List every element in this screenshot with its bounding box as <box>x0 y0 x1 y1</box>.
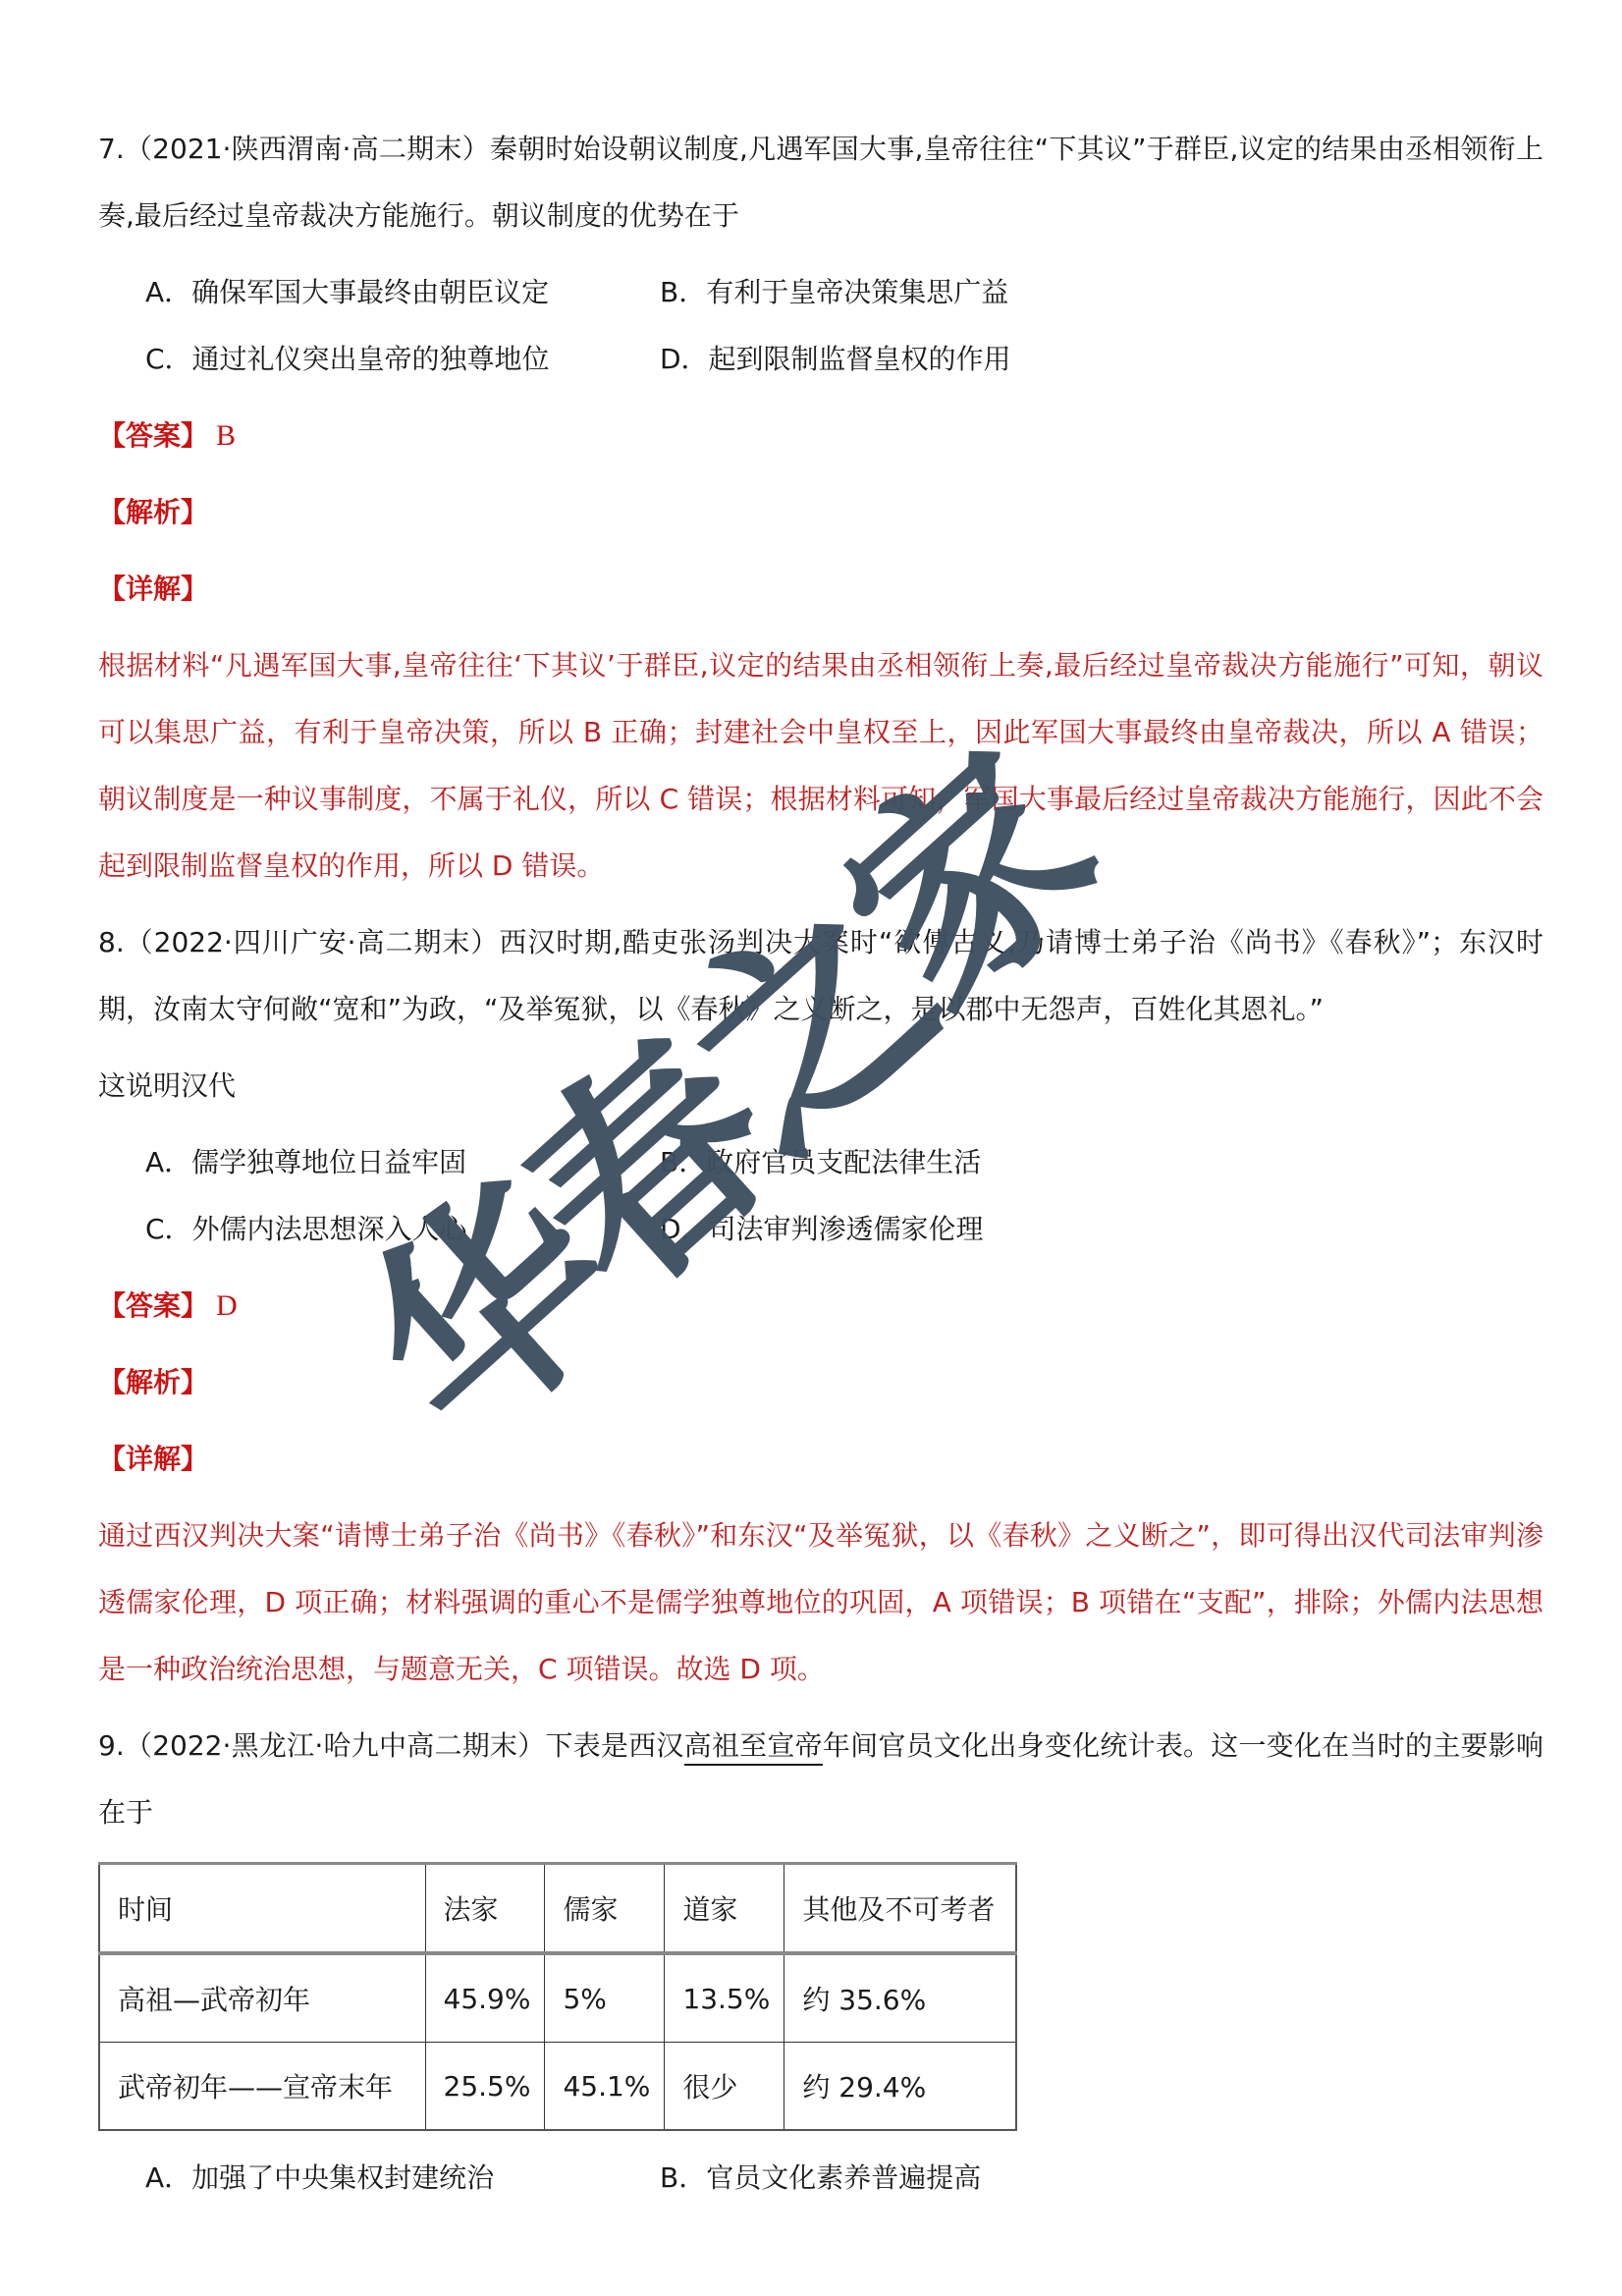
table-header-row: 时间 法家 儒家 道家 其他及不可考者 <box>99 1864 1016 1954</box>
table-row: 武帝初年——宣帝末年 25.5% 45.1% 很少 约 29.4% <box>99 2043 1016 2131</box>
question-7-explanation: 根据材料“凡遇军国大事,皇帝往往‘下其议’于群臣,议定的结果由丞相领衔上奏,最后… <box>98 632 1543 900</box>
analysis-marker: 【解析】 <box>98 1366 208 1398</box>
question-9: 9.（2022·黑龙江·哈九中高二期末）下表是西汉高祖至宣帝年间官员文化出身变化… <box>98 1713 1543 2212</box>
question-8-option-b: B．政府官员支配法律生活 <box>660 1129 1543 1196</box>
answer-marker: 【答案】 <box>98 419 208 452</box>
table-cell: 13.5% <box>665 1953 784 2043</box>
table-cell: 5% <box>545 1953 665 2043</box>
answer-value: B <box>216 419 236 452</box>
answer-marker: 【答案】 <box>98 1289 208 1322</box>
question-8-option-a: A．儒学独尊地位日益牢固 <box>145 1129 660 1196</box>
question-7: 7.（2021·陕西渭南·高二期末）秦朝时始设朝议制度,凡遇军国大事,皇帝往往“… <box>98 116 1543 900</box>
question-7-option-d: D．起到限制监督皇权的作用 <box>660 326 1543 393</box>
table-header-legalism: 法家 <box>425 1864 545 1954</box>
officials-background-table: 时间 法家 儒家 道家 其他及不可考者 高祖—武帝初年 45.9% 5% 13.… <box>98 1862 1017 2131</box>
detail-marker: 【详解】 <box>98 1443 208 1475</box>
exam-page: 7.（2021·陕西渭南·高二期末）秦朝时始设朝议制度,凡遇军国大事,皇帝往往“… <box>98 116 1543 2221</box>
question-8-stem-tail: 这说明汉代 <box>98 1053 1543 1120</box>
question-8-option-c: C．外儒内法思想深入人心 <box>145 1196 660 1263</box>
question-7-option-a: A．确保军国大事最终由朝臣议定 <box>145 259 660 326</box>
table-header-confucianism: 儒家 <box>545 1864 665 1954</box>
table-cell: 25.5% <box>425 2043 545 2131</box>
question-7-option-b: B．有利于皇帝决策集思广益 <box>660 259 1543 326</box>
question-9-stem-pre: 9.（2022·黑龙江·哈九中高二期末）下表是西汉 <box>98 1729 684 1762</box>
question-7-stem: 7.（2021·陕西渭南·高二期末）秦朝时始设朝议制度,凡遇军国大事,皇帝往往“… <box>98 116 1543 249</box>
table-header-daoism: 道家 <box>665 1864 784 1954</box>
table-header-other: 其他及不可考者 <box>784 1864 1016 1954</box>
table-cell: 45.1% <box>545 2043 665 2131</box>
detail-marker: 【详解】 <box>98 573 208 605</box>
table-header-time: 时间 <box>99 1864 425 1954</box>
question-7-option-c: C．通过礼仪突出皇帝的独尊地位 <box>145 326 660 393</box>
question-7-options: A．确保军国大事最终由朝臣议定 B．有利于皇帝决策集思广益 C．通过礼仪突出皇帝… <box>145 259 1543 393</box>
question-8-detail-line: 【详解】 <box>98 1426 1543 1493</box>
question-9-stem: 9.（2022·黑龙江·哈九中高二期末）下表是西汉高祖至宣帝年间官员文化出身变化… <box>98 1713 1543 1846</box>
table-cell: 高祖—武帝初年 <box>99 1953 425 2043</box>
question-8-option-d: D．司法审判渗透儒家伦理 <box>660 1196 1543 1263</box>
analysis-marker: 【解析】 <box>98 496 208 528</box>
question-8-analysis-line: 【解析】 <box>98 1349 1543 1416</box>
table-cell: 武帝初年——宣帝末年 <box>99 2043 425 2131</box>
question-9-option-a: A．加强了中央集权封建统治 <box>145 2145 660 2212</box>
table-cell: 约 29.4% <box>784 2043 1016 2131</box>
question-8-stem: 8.（2022·四川广安·高二期末）西汉时期,酷吏张汤判决大案时“欲傅古义,乃请… <box>98 909 1543 1043</box>
question-7-detail-line: 【详解】 <box>98 556 1543 623</box>
question-8-answer-line: 【答案】D <box>98 1273 1543 1339</box>
question-8-options: A．儒学独尊地位日益牢固 B．政府官员支配法律生活 C．外儒内法思想深入人心 D… <box>145 1129 1543 1263</box>
question-9-options: A．加强了中央集权封建统治 B．官员文化素养普遍提高 <box>145 2145 1543 2212</box>
question-7-answer-line: 【答案】B <box>98 403 1543 469</box>
table-cell: 约 35.6% <box>784 1953 1016 2043</box>
answer-value: D <box>216 1289 238 1322</box>
question-9-option-b: B．官员文化素养普遍提高 <box>660 2145 1543 2212</box>
question-8: 8.（2022·四川广安·高二期末）西汉时期,酷吏张汤判决大案时“欲傅古义,乃请… <box>98 909 1543 1703</box>
question-7-analysis-line: 【解析】 <box>98 479 1543 546</box>
question-9-stem-underlined-term: 高祖至宣帝 <box>684 1729 823 1766</box>
table-row: 高祖—武帝初年 45.9% 5% 13.5% 约 35.6% <box>99 1953 1016 2043</box>
table-cell: 45.9% <box>425 1953 545 2043</box>
table-cell: 很少 <box>665 2043 784 2131</box>
question-8-explanation: 通过西汉判决大案“请博士弟子治《尚书》《春秋》”和东汉“及举冤狱，以《春秋》之义… <box>98 1503 1543 1703</box>
